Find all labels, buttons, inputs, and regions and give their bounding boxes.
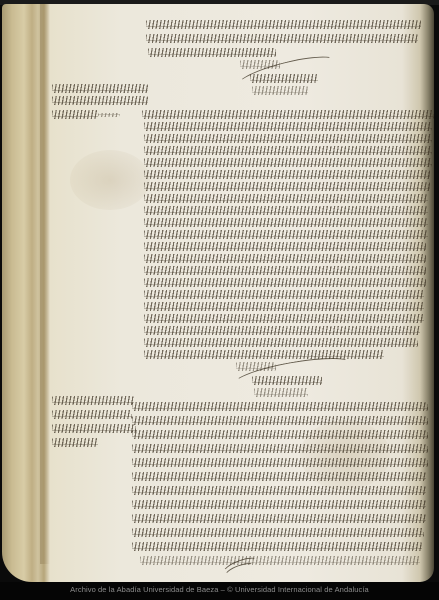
handwritten-line — [52, 96, 148, 105]
spine-shadow — [40, 4, 50, 564]
signature-stroke — [254, 388, 308, 397]
signature-stroke — [250, 74, 318, 83]
handwritten-line — [144, 122, 432, 131]
handwritten-line — [144, 218, 428, 227]
handwritten-line — [148, 48, 276, 57]
handwritten-line — [144, 146, 432, 155]
handwritten-line — [132, 458, 428, 467]
handwritten-line — [132, 444, 428, 453]
handwritten-line — [132, 542, 422, 551]
handwritten-line — [144, 326, 420, 335]
paper-stain — [70, 150, 150, 210]
handwritten-dash — [98, 113, 120, 117]
handwritten-line — [142, 110, 434, 119]
handwritten-line — [144, 278, 426, 287]
handwritten-line — [52, 396, 134, 405]
handwritten-line — [146, 20, 421, 29]
handwritten-line — [132, 500, 426, 509]
handwritten-line — [144, 254, 426, 263]
handwritten-line — [52, 110, 98, 119]
handwritten-line — [132, 486, 426, 495]
handwritten-line — [132, 416, 428, 425]
handwritten-line — [140, 556, 420, 565]
signature-stroke — [252, 86, 308, 95]
handwritten-line — [144, 230, 428, 239]
archive-watermark: Archivo de la Abadía Universidad de Baez… — [0, 585, 439, 594]
handwritten-line — [132, 528, 424, 537]
handwritten-line — [52, 410, 132, 419]
handwritten-line — [132, 472, 426, 481]
handwritten-line — [144, 302, 424, 311]
handwritten-line — [144, 158, 432, 167]
handwritten-line — [52, 424, 136, 433]
handwritten-line — [144, 338, 418, 347]
handwritten-line — [144, 242, 426, 251]
signature-stroke — [252, 376, 322, 385]
handwritten-line — [144, 206, 428, 215]
handwritten-line — [144, 194, 428, 203]
handwritten-line — [144, 350, 384, 359]
handwritten-line — [144, 266, 426, 275]
handwritten-line — [144, 134, 432, 143]
scan-frame: Archivo de la Abadía Universidad de Baez… — [0, 0, 439, 600]
handwritten-line — [132, 402, 428, 411]
handwritten-line — [132, 430, 428, 439]
handwritten-line — [144, 290, 424, 299]
handwritten-line — [144, 314, 424, 323]
handwritten-line — [144, 170, 430, 179]
handwritten-line — [52, 438, 98, 447]
handwritten-line — [144, 182, 430, 191]
handwritten-line — [132, 514, 426, 523]
handwritten-line — [52, 84, 148, 93]
handwritten-line — [146, 34, 418, 43]
